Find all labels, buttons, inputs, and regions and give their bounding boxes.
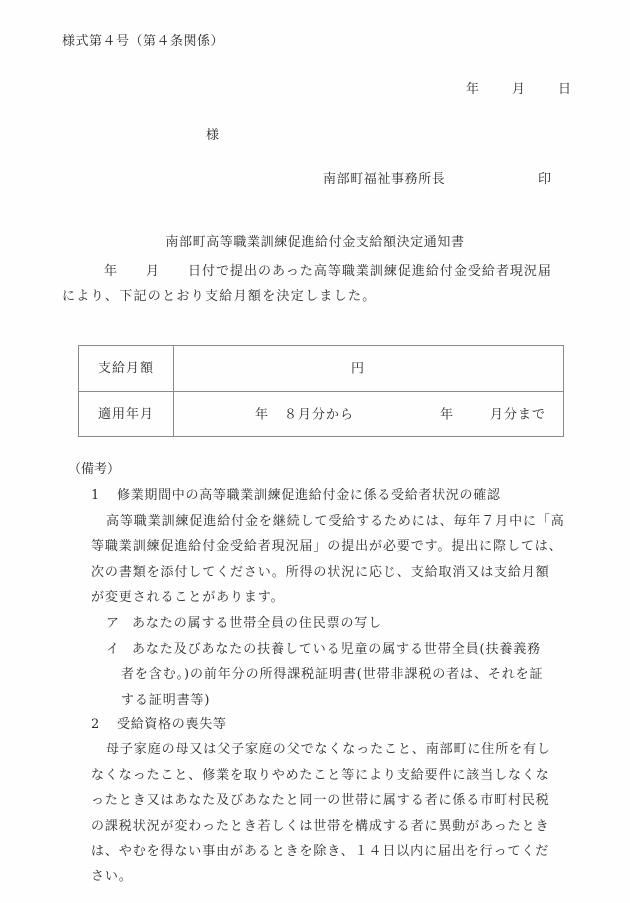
yen-unit: 円 <box>351 362 364 375</box>
notes-heading: （備考） <box>68 463 120 476</box>
note-1-number: 1 <box>91 489 117 502</box>
intro-month: 月 <box>146 264 160 279</box>
subitem-a-text: あなたの属する世帯全員の住民票の写し <box>132 616 382 631</box>
note-2-number: 2 <box>91 718 117 731</box>
note-1-line-2: 等職業訓練促進給付金受給者現況届」の提出が必要です。提出に際しては、 <box>91 540 563 553</box>
from-year: 年 <box>255 408 268 421</box>
note-1-line-3: 次の書類を添付してください。所得の状況に応じ、支給取消又は支給月額 <box>91 566 550 579</box>
subitem-a-marker: ア <box>106 617 132 630</box>
note-2-line-6: さい。 <box>91 870 133 883</box>
addressee-suffix: 様 <box>206 129 219 142</box>
date-year-label: 年 <box>466 83 479 96</box>
table-row-monthly-amount: 支給月額 円 <box>79 346 563 392</box>
note-1-title: 1修業期間中の高等職業訓練促進給付金に係る受給者状況の確認 <box>91 489 501 502</box>
from-month: ８月分から <box>284 408 354 421</box>
intro-rest: 日付で提出のあった高等職業訓練促進給付金受給者現況届 <box>188 264 552 279</box>
intro-year: 年 <box>104 264 118 279</box>
subitem-i-marker: イ <box>106 643 132 656</box>
date-month-label: 月 <box>512 83 525 96</box>
note-1-subitem-a: アあなたの属する世帯全員の住民票の写し <box>106 617 382 630</box>
document-page: 様式第４号（第４条関係） 年月日 様 南部町福祉事務所長 印 南部町高等職業訓練… <box>0 0 630 903</box>
note-2-title-text: 受給資格の喪失等 <box>117 717 227 732</box>
note-2-line-3: ったとき又はあなた及びあなたと同一の世帯に属する者に係る市町村民税 <box>91 794 550 807</box>
note-1-line-4: が変更されることがあります。 <box>91 591 285 604</box>
subitem-i-line-1: あなた及びあなたの扶養している児童の属する世帯全員(扶養義務 <box>132 642 541 657</box>
note-2-line-2: なくなったこと、修業を取りやめたこと等により支給要件に該当しなくな <box>91 769 550 782</box>
note-2-line-5: は、やむを得ない事由があるときを除き、１４日以内に届出を行ってくだ <box>91 845 549 858</box>
date-day-label: 日 <box>558 83 571 96</box>
note-1-subitem-i: イあなた及びあなたの扶養している児童の属する世帯全員(扶養義務 <box>106 643 541 656</box>
issuer-name: 南部町福祉事務所長 <box>323 173 445 186</box>
intro-line-1: 年月日付で提出のあった高等職業訓練促進給付金受給者現況届 <box>104 265 552 278</box>
form-number: 様式第４号（第４条関係） <box>62 35 224 48</box>
to-month: 月分まで <box>490 408 546 421</box>
seal-mark: 印 <box>538 173 551 186</box>
to-year: 年 <box>440 408 453 421</box>
note-2-title: 2受給資格の喪失等 <box>91 718 227 731</box>
intro-line-2: により、下記のとおり支給月額を決定しました。 <box>62 290 377 303</box>
issue-date: 年月日 <box>466 83 571 96</box>
note-2-line-4: の課税状況が変わったとき若しくは世帯を構成する者に異動があったとき <box>91 820 549 833</box>
note-1-line-1: 高等職業訓練促進給付金を継続して受給するためには、毎年７月中に「高 <box>106 515 565 528</box>
monthly-amount-label: 支給月額 <box>79 346 174 391</box>
subitem-i-line-3: する証明書等) <box>121 694 210 707</box>
document-title: 南部町高等職業訓練促進給付金支給額決定通知書 <box>0 236 630 249</box>
applicable-period-value: 年 ８月分から 年 月分まで <box>174 392 563 437</box>
subitem-i-line-2: 者を含む。)の前年分の所得課税証明書(世帯非課税の者は、それを証 <box>121 668 543 681</box>
table-row-applicable-period: 適用年月 年 ８月分から 年 月分まで <box>79 392 563 437</box>
note-2-line-1: 母子家庭の母又は父子家庭の父でなくなったこと、南部町に住所を有し <box>106 743 551 756</box>
note-1-title-text: 修業期間中の高等職業訓練促進給付金に係る受給者状況の確認 <box>117 488 501 503</box>
monthly-amount-value: 円 <box>174 346 563 391</box>
payment-table: 支給月額 円 適用年月 年 ８月分から 年 月分まで <box>78 345 564 437</box>
applicable-period-label: 適用年月 <box>79 392 174 437</box>
